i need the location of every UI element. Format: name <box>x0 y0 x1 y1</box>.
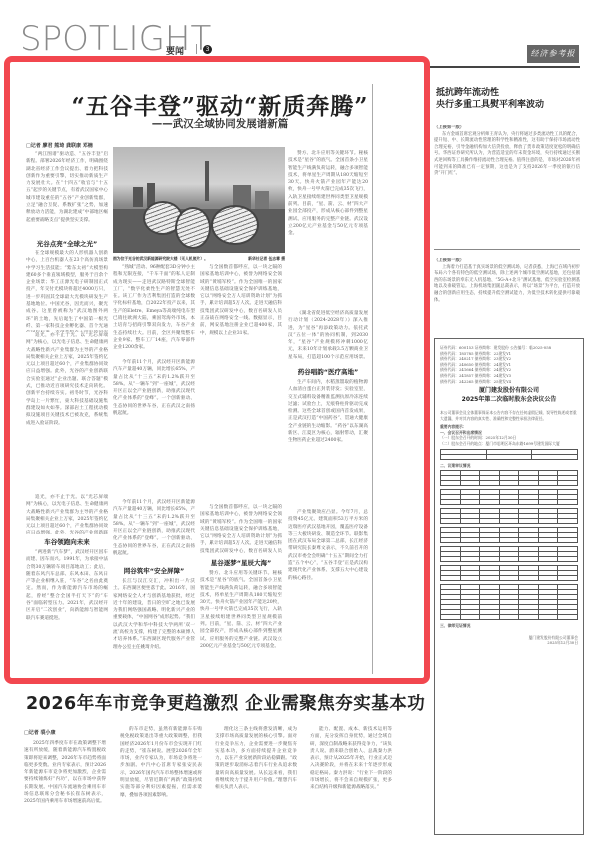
paragraph: 今年前11个月，武汉经开区新能源汽车产量超40万辆，同比增长65%，产量占比从“… <box>113 359 195 417</box>
section-head: 车谷领跑向未来 <box>26 537 108 546</box>
paragraph: 与全国数首都呼应，以一块之隔的国家基地培训中心，被誉为网络安全领域的“黄埔军校”… <box>200 504 282 554</box>
divider <box>196 44 197 54</box>
paragraph: 《湖北省促进低空经济高质量发展行动计划（2024-2028年）》深入推进，为“星… <box>288 310 368 360</box>
paragraph: 生产车间内，水稻蒸馏取的植物源人血清白蛋白正封装待发；实验室里，交互式辅料设备精… <box>288 379 368 445</box>
newspaper-logo: 经济参考报 <box>527 45 579 63</box>
notice-title: 厦门建发股份有限公司 2025年第二次临时股东会决议公告 <box>440 387 578 404</box>
section-head: 星谷逐梦“星辰大海” <box>200 558 282 567</box>
notice-table <box>440 470 578 486</box>
paragraph: 东方金诚首席宏观分析师王青认为，央行将通过多类流动性工具的配合，提升短、中、长期… <box>434 132 580 178</box>
caption-text: 图为位于光谷的武汉新能源研究院大楼（无人机照片）。 <box>113 256 208 261</box>
lead-column-text: 产业集聚效应凸显。今年7月，总投资45亿元、建筑面积53万平方米的迈瑞医疗武汉基… <box>288 509 368 675</box>
continued-note: （上接第一版） <box>434 258 580 265</box>
notice-company: 厦门建发股份有限公司 <box>440 387 578 396</box>
section-head: 光谷点亮“全球之光” <box>26 239 108 248</box>
paragraph: 的车市走势，虽然有新能源车车购税免税政策退出等重大政策调整，但我国经济2026年… <box>120 726 202 799</box>
bottom-column-text: 的车市走势，虽然有新能源车车购税免税政策退出等重大政策调整，但我国经济2026年… <box>120 726 202 838</box>
lead-column-text: 生产车间内，水稻蒸馏取的植物源人血清白蛋白正封装待发；实验室里，交互式辅料设备精… <box>288 379 368 509</box>
notice-table <box>440 527 578 543</box>
notice-table <box>440 584 578 620</box>
notice-table <box>440 489 578 505</box>
bottom-column-text: 2025年四季度车市在政策调整下增速有所放缓，随着新能源汽车购置税政策即将迎来调… <box>24 740 106 838</box>
paragraph: 与全国数首都呼应，以一块之隔的国家基地培训中心，被誉为网络安全领域的“黄埔军校”… <box>200 264 282 337</box>
lead-column-text: 在全球规模最大的人形机器人创新中心，上百台机器人在23个高仿真场景中学习生活技能… <box>26 250 108 332</box>
lead-column-text: 与全国数首都呼应，以一块之隔的国家基地培训中心，被誉为网络安全领域的“黄埔军校”… <box>200 504 282 554</box>
paragraph: 长江与汉江交汇，冲积出一片沃土。东西湖区便坐落于此。2016年，国家网络安全人才… <box>113 578 195 651</box>
paragraph: 今年前11个月，武汉经开区新能源汽车产量超40万辆，同比增长65%，产量占比从“… <box>113 499 195 557</box>
photo-credit: 新华社记者 伍志尊 摄 <box>248 256 285 262</box>
lead-column-text: 追光，亦不止于光。以“光芯屏端网”为核心，以光电子信息、生命健康两大战略性新兴产… <box>26 332 108 494</box>
lead-subheadline: ——武汉全域协同发展谱新篇 <box>30 116 410 131</box>
paragraph: 追光，亦不止于光。以“光芯屏端网”为核心，以光电子信息、生命健康两大战略性新兴产… <box>26 494 108 534</box>
notice-signature: 厦门建发股份有限公司董事会 2025年12月30日 <box>440 635 578 646</box>
notice-title-text: 2025年第二次临时股东会决议公告 <box>440 396 578 405</box>
code-line: 债券代码：242265 债券简称：25建发Y4 <box>440 379 578 385</box>
page-number-badge: 3 <box>203 45 212 54</box>
lead-column-text: “熟城”活动、96种配套3D分钟小主程和无限连接，“千车千面”的私人定制成为现实… <box>113 264 195 359</box>
signature-date: 2025年12月30日 <box>440 640 578 646</box>
divider <box>430 66 580 68</box>
photo-caption: 图为位于光谷的武汉新能源研究院大楼（无人机照片）。 新华社记者 伍志尊 摄 <box>113 256 285 262</box>
lead-column-text: 《湖北省促进低空经济高质量发展行动计划（2024-2028年）》深入推进，为“星… <box>288 310 368 360</box>
right-headline-line: 抵抗跨年流动性 <box>436 87 544 99</box>
lead-column-text: “两进新“汽车梦”，武汉经开区因车而建、因车而兴。1991年，为承接中法合资30… <box>26 549 108 675</box>
paragraph: 在全球规模最大的人形机器人创新中心，上百台机器人在23个高仿真场景中学习生活技能… <box>26 250 108 332</box>
masthead: SPOTLIGHT 要闻 3 经济参考报 <box>0 0 600 62</box>
section-label: 要闻 <box>166 44 184 57</box>
paragraph: “两进新“汽车梦”，武汉经开区因车而建、因车而兴。1991年，为承接中法合资30… <box>26 549 108 622</box>
bottom-byline: □记者 裘小康 <box>24 729 55 736</box>
section-head: 网谷筑牢“安全屏障” <box>113 566 195 575</box>
right-headline: 抵抗跨年流动性 央行多重工具熨平利率波动 <box>436 87 544 111</box>
notice-table <box>440 508 578 524</box>
right-article-text: （上接第一版） 东方金诚首席宏观分析师王青认为，央行将通过多类流动性工具的配合，… <box>434 125 580 237</box>
notice-table <box>440 565 578 581</box>
paragraph: “两江图谱”驱动造、“五谷丰登”启新程。部署2026年经济工作，明确围绕湖北省经… <box>26 151 108 224</box>
lead-column-text: 赞方、北斗应用等关键环节。秘核技术是“星谷”的底气。全国首条小卫星智能生产线满负… <box>200 570 282 675</box>
notice-label: 三、律师见证情况 <box>440 623 578 629</box>
paragraph: 能力、配置、成本、新技术运用等方面，充分发挥自身优势，通过全域自研，深度自制战略… <box>310 726 392 792</box>
notice-line: （二）股东会召开的地点：厦门市思明区环岛东路1699号建发国际大厦 <box>440 441 578 447</box>
right-article-text: （上接第一版） 上海着力打造基于真实场景的低空测试场，记者获悉，上海已在域内初步… <box>434 258 580 328</box>
lead-column-text: 追光，亦不止于光。以“光芯屏端网”为核心，以光电子信息、生命健康两大战略性新兴产… <box>26 494 108 534</box>
paragraph: 赞方、北斗应用等关键环节。秘核技术是“星谷”的底气。全国首条小卫星智能生产线满负… <box>200 570 282 650</box>
section-head: 药谷唱韵“医疗高地” <box>288 367 368 376</box>
lead-column-text: 今年前11个月，武汉经开区新能源汽车产量超40万辆，同比增长65%，产量占比从“… <box>113 499 195 561</box>
lead-column-text: 长江与汉江交汇，冲积出一片沃土。东西湖区便坐落于此。2016年，国家网络安全人才… <box>113 578 195 675</box>
paragraph: 理化这三条主线将愈发清晰，成为支撑市场高质量发展的核心引擎。面对行业竞争压力，企… <box>215 726 297 792</box>
lead-column-text: “两江图谱”驱动造、“五谷丰登”启新程。部署2026年经济工作，明确围绕湖北省经… <box>26 151 108 234</box>
notice-disclaimer: 本公司董事会及全体董事保证本公告内容不存在任何虚假记载、误导性陈述或者重大遗漏，… <box>440 410 578 421</box>
paragraph: 赞方、北斗应用等关键环节。秘核技术是“星谷”的底气。全国首条小卫星智能生产线满负… <box>288 150 368 238</box>
paragraph: 上海着力打造基于真实场景的低空测试场，记者获悉，上海已在域内初步布局六个各有特色… <box>434 265 580 305</box>
notice-table <box>440 546 578 562</box>
bottom-column-text: 理化这三条主线将愈发清晰，成为支撑市场高质量发展的核心引擎。面对行业竞争压力，企… <box>215 726 297 838</box>
shareholder-notice: 证券代码：600153 证券简称：建发股份 公告编号：临2025-058 债券代… <box>434 338 584 835</box>
notice-codes: 证券代码：600153 证券简称：建发股份 公告编号：临2025-058 债券代… <box>440 345 578 383</box>
lead-byline: □记者 廖君 熊琦 龚联康 邓楠 <box>26 142 93 149</box>
paragraph: 追光，亦不止于光。以“光芯屏端网”为核心，以光电子信息、生命健康两大战略性新兴产… <box>26 332 108 427</box>
paragraph: “熟城”活动、96种配套3D分钟小主程和无限连接，“千车千面”的私人定制成为现实… <box>113 264 195 352</box>
bottom-headline: 2026年车市竞争更趋激烈 企业需聚焦夯实基本功 <box>26 690 425 715</box>
lead-column-text: 赞方、北斗应用等关键环节。秘核技术是“星谷”的底气。全国首条小卫星智能生产线满负… <box>288 150 368 310</box>
right-headline-line: 央行多重工具熨平利率波动 <box>436 99 544 111</box>
lead-photo <box>113 147 285 253</box>
paragraph: 2025年四季度车市在政策调整下增速有所放缓，随着新能源汽车购置税政策即将迎来调… <box>24 740 106 806</box>
lead-column-text: 与全国数首都呼应，以一块之隔的国家基地培训中心，被誉为网络安全领域的“黄埔军校”… <box>200 264 282 504</box>
column-divider <box>372 84 373 674</box>
bottom-column-text: 能力、配置、成本、新技术运用等方面，充分发挥自身优势，通过全域自研，深度自制战略… <box>310 726 392 838</box>
paragraph: 产业集聚效应凸显。今年7月，总投资45亿元、建筑面积53万平方米的迈瑞医疗武汉基… <box>288 509 368 582</box>
notice-table <box>440 449 578 460</box>
continued-note: （上接第一版） <box>434 125 580 132</box>
divider <box>434 249 580 250</box>
notice-label: 二、议案审议情况 <box>440 463 578 469</box>
lead-column-text: 今年前11个月，武汉经开区新能源汽车产量超40万辆，同比增长65%，产量占比从“… <box>113 359 195 499</box>
